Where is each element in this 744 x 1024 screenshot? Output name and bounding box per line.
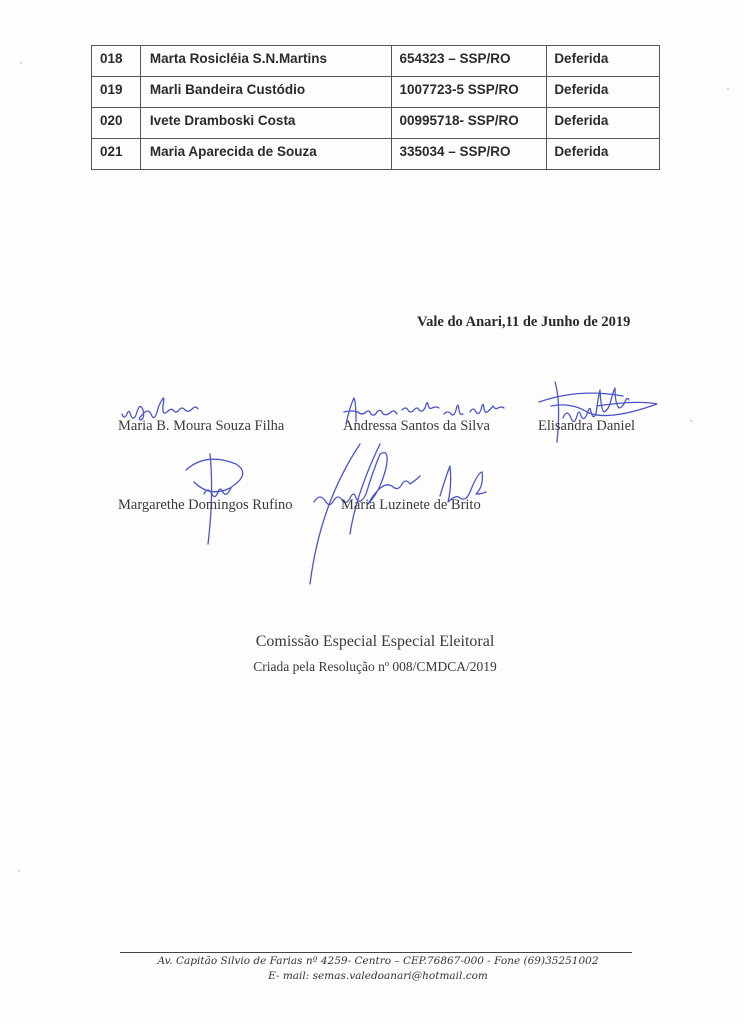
table-row: 021 Maria Aparecida de Souza 335034 – SS… xyxy=(92,139,660,170)
row-status: Deferida xyxy=(547,139,660,170)
row-name: Ivete Dramboski Costa xyxy=(140,108,392,139)
signature-scribble-5 xyxy=(300,440,500,590)
row-number: 020 xyxy=(92,108,141,139)
table-row: 018 Marta Rosicléia S.N.Martins 654323 –… xyxy=(92,46,660,77)
footer-divider xyxy=(120,952,632,953)
row-number: 019 xyxy=(92,77,141,108)
committee-subtitle: Criada pela Resolução nº 008/CMDCA/2019 xyxy=(3,659,744,675)
signatory-name: Maria Luzinete de Brito xyxy=(341,497,481,514)
footer-email: E- mail: semas.valedoanari@hotmail.com xyxy=(6,970,744,982)
footer-address: Av. Capitão Silvio de Farias nº 4259- Ce… xyxy=(6,955,744,967)
signatory-name: Margarethe Domingos Rufino xyxy=(118,497,293,514)
row-id-document: 00995718- SSP/RO xyxy=(392,108,547,139)
place-date: Vale do Anari,11 de Junho de 2019 xyxy=(417,314,630,331)
row-number: 021 xyxy=(92,139,141,170)
row-name: Marli Bandeira Custódio xyxy=(140,77,392,108)
table-row: 020 Ivete Dramboski Costa 00995718- SSP/… xyxy=(92,108,660,139)
committee-title: Comissão Especial Especial Eleitoral xyxy=(3,633,744,651)
scan-speck xyxy=(20,62,22,64)
row-status: Deferida xyxy=(547,77,660,108)
row-status: Deferida xyxy=(547,108,660,139)
row-id-document: 1007723-5 SSP/RO xyxy=(392,77,547,108)
row-status: Deferida xyxy=(547,46,660,77)
row-name: Maria Aparecida de Souza xyxy=(140,139,392,170)
row-name: Marta Rosicléia S.N.Martins xyxy=(140,46,392,77)
row-number: 018 xyxy=(92,46,141,77)
document-page: 018 Marta Rosicléia S.N.Martins 654323 –… xyxy=(0,0,744,1024)
scan-speck xyxy=(690,420,692,422)
signatory-name: Maria B. Moura Souza Filha xyxy=(118,418,284,435)
registry-table-body: 018 Marta Rosicléia S.N.Martins 654323 –… xyxy=(92,46,660,170)
table-row: 019 Marli Bandeira Custódio 1007723-5 SS… xyxy=(92,77,660,108)
signatory-name: Elisandra Daniel xyxy=(538,418,635,435)
scan-speck xyxy=(18,870,20,872)
signatory-name: Andressa Santos da Silva xyxy=(343,418,490,435)
scan-speck xyxy=(727,88,729,90)
row-id-document: 654323 – SSP/RO xyxy=(392,46,547,77)
signature-scribble-3 xyxy=(533,374,673,454)
row-id-document: 335034 – SSP/RO xyxy=(392,139,547,170)
registry-table: 018 Marta Rosicléia S.N.Martins 654323 –… xyxy=(91,45,660,170)
